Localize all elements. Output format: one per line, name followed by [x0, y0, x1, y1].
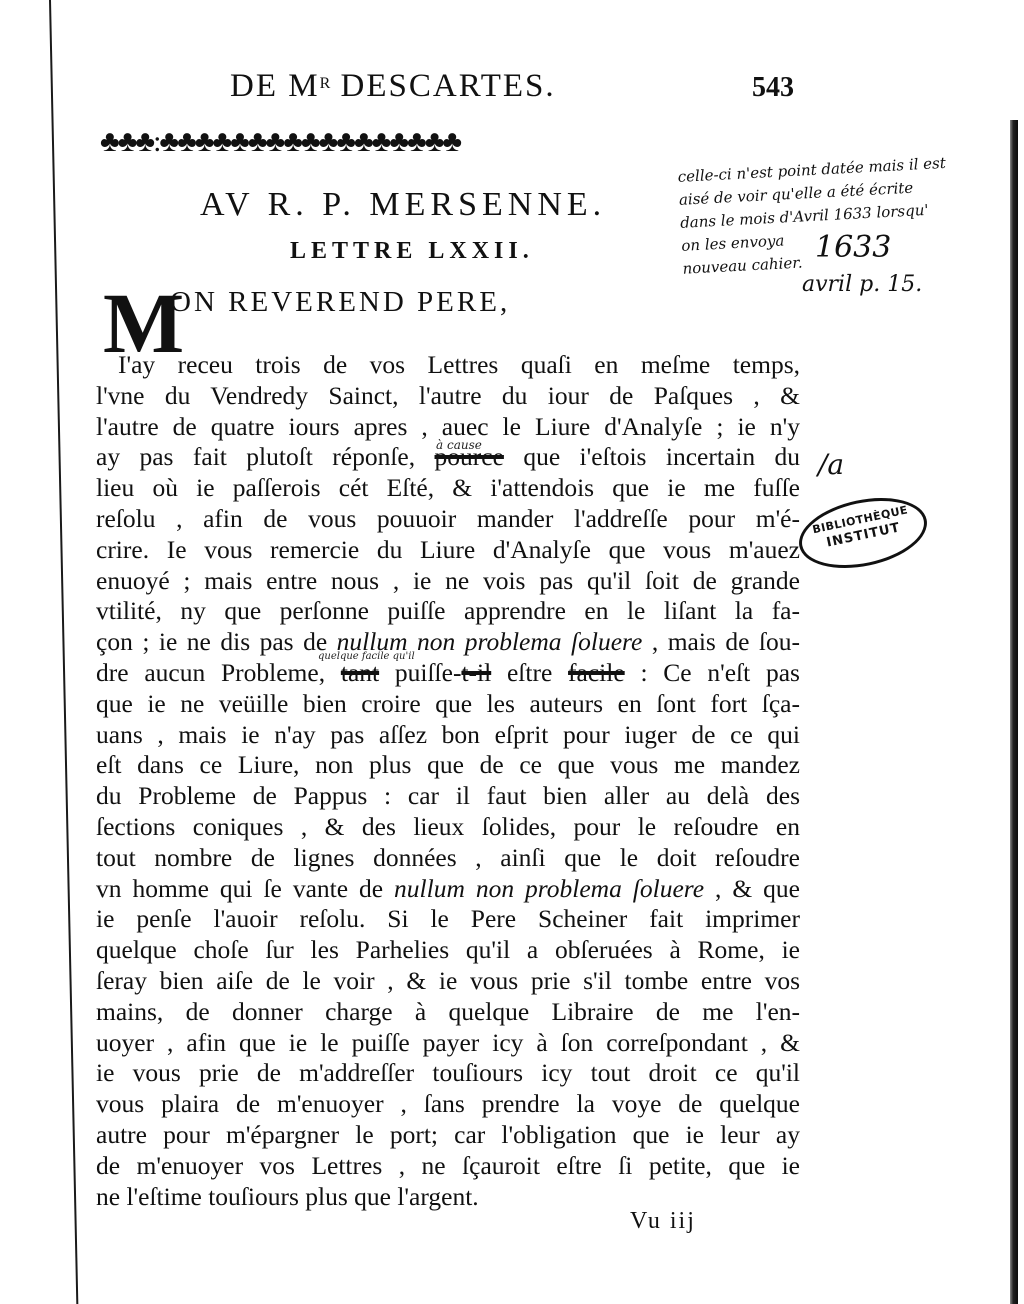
body-line: dre aucun Probleme, tant puiſſe-t-il eſt… [96, 658, 800, 689]
body-line: ie vous prie de m'addreſſer touſiours ic… [96, 1058, 800, 1089]
interlinear-correction: à cause [436, 438, 482, 452]
printers-ornament-band: ♣♣♣:♣♣♣♣♣♣♣♣♣♣♣♣♣♣♣♣♣ [100, 122, 800, 162]
body-line: crire. Ie vous remercie du Liure d'Analy… [96, 535, 800, 566]
body-line: reſolu , afin de vous pouuoir mander l'a… [96, 504, 800, 535]
body-line: l'vne du Vendredy Sainct, l'autre du iou… [96, 381, 800, 412]
running-head: DE MR DESCARTES. [230, 68, 556, 105]
body-line: tout nombre de lignes données , ainſi qu… [96, 843, 800, 874]
letter-addressee: AV R. P. MERSENNE. [200, 186, 606, 224]
body-line: quelque choſe ſur les Parhelies qu'il a … [96, 935, 800, 966]
interlinear-correction: quelque facile qu'il [318, 651, 415, 662]
latin-quote: nullum non problema ſoluere [394, 874, 704, 903]
library-stamp: BIBLIOTHÈQUE INSTITUT [793, 487, 934, 579]
body-line: du Probleme de Pappus : car il faut bien… [96, 781, 800, 812]
letter-number: LETTRE LXXII. [290, 238, 534, 265]
body-line: eſt dans ce Liure, non plus que de ce qu… [96, 750, 800, 781]
body-line: ie penſe l'auoir reſolu. Si le Pere Sche… [96, 904, 800, 935]
body-line: vous plaira de m'enuoyer , ſans prendre … [96, 1089, 800, 1120]
page-right-edge [1010, 120, 1018, 1304]
body-line: vtilité, ny que perſonne puiſſe apprendr… [96, 596, 800, 627]
page-left-edge [49, 0, 78, 1304]
body-line: que ie ne veüille bien croire que les au… [96, 689, 800, 720]
signature-mark: Vu iij [630, 1208, 696, 1235]
body-line: ſections coniques , & des lieux ſolides,… [96, 812, 800, 843]
body-line: ſeray bien aiſe de le voir , & ie vous p… [96, 966, 800, 997]
letter-body: I'ay receu trois de vos Lettres quaſi en… [96, 350, 800, 1212]
handwritten-year: 1633 [815, 230, 891, 265]
body-line: çon ; ie ne dis pas de nullum non proble… [96, 627, 800, 658]
handwritten-correction: /a [818, 448, 844, 481]
body-line: vn homme qui ſe vante de nullum non prob… [96, 874, 800, 905]
body-line: de m'enuoyer vos Lettres , ne ſçauroit e… [96, 1151, 800, 1182]
body-line: lieu où ie paſſerois cét Eſté, & i'atten… [96, 473, 800, 504]
body-line: uoyer , afin que ie le puiſſe payer icy … [96, 1028, 800, 1059]
body-line: mains, de donner charge à quelque Librai… [96, 997, 800, 1028]
salutation: ON REVEREND PERE, [170, 286, 510, 319]
body-line: autre pour m'épargner le port; car l'obl… [96, 1120, 800, 1151]
body-line: I'ay receu trois de vos Lettres quaſi en… [96, 350, 800, 381]
handwritten-date: avril p. 15. [802, 272, 922, 297]
page-number: 543 [752, 72, 794, 104]
body-line: uans , mais ie n'ay pas aſſez bon eſprit… [96, 720, 800, 751]
body-line: enuoyé ; mais entre nous , ie ne vois pa… [96, 566, 800, 597]
